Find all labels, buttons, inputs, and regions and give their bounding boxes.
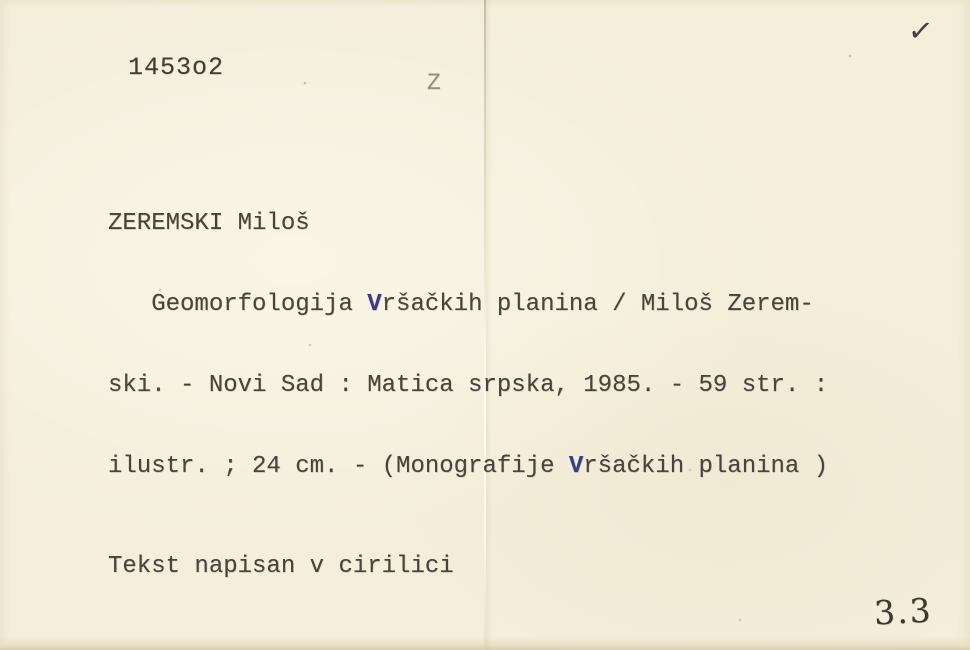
record-imprint-line: ski. - Novi Sad : Matica srpska, 1985. -… bbox=[108, 372, 828, 399]
collation-line-inked-v: V bbox=[569, 453, 583, 480]
record-title-line: Geomorfologija Vršačkih planina / Miloš … bbox=[108, 291, 828, 318]
catalog-card: 1453o2 Z ✓ ZEREMSKI Miloš Geomorfologija… bbox=[0, 0, 970, 650]
collation-line-pre: ilustr. ; 24 cm. - (Monografije bbox=[108, 453, 569, 480]
collation-line-post: ršačkih planina ) bbox=[583, 453, 828, 480]
record-language-note: Tekst napisan v cirilici bbox=[108, 553, 828, 580]
drawer-guide-letter: Z bbox=[427, 70, 441, 96]
title-line-pre: Geomorfologija bbox=[108, 291, 367, 318]
handwritten-shelf-note: 3.3 bbox=[873, 590, 933, 632]
bibliographic-record: ZEREMSKI Miloš Geomorfologija Vršačkih p… bbox=[108, 156, 828, 634]
record-collation-line: ilustr. ; 24 cm. - (Monografije Vršačkih… bbox=[108, 453, 828, 480]
title-line-inked-v: V bbox=[367, 291, 381, 318]
call-number: 1453o2 bbox=[128, 53, 224, 82]
title-line-post: ršačkih planina / Miloš Zerem- bbox=[382, 291, 814, 318]
record-heading-author: ZEREMSKI Miloš bbox=[108, 210, 828, 237]
checkmark-annotation: ✓ bbox=[906, 13, 935, 50]
